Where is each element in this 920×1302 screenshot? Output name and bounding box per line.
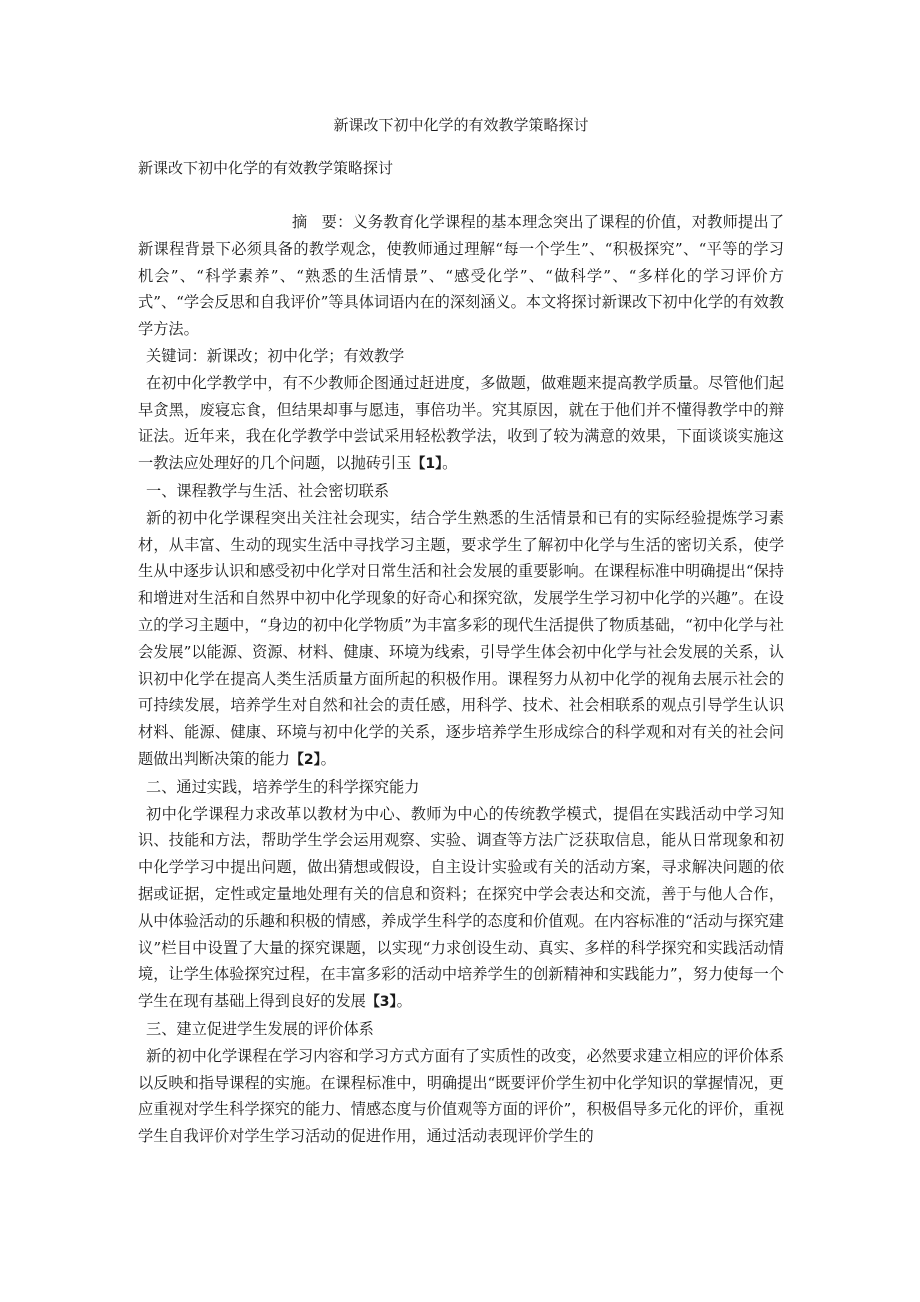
keywords-line: 关键词：新课改；初中化学；有效教学 — [138, 343, 784, 370]
section-text: 初中化学课程力求改革以教材为中心、教师为中心的传统教学模式，提倡在实践活动中学习… — [138, 805, 784, 1011]
intro-text: 在初中化学教学中，有不少教师企图通过赶进度，多做题，做难题来提高教学质量。尽管他… — [138, 374, 784, 472]
section-paragraph: 新的初中化学课程在学习内容和学习方式方面有了实质性的改变，必然要求建立相应的评价… — [138, 1043, 784, 1151]
section-text: 新的初中化学课程突出关注社会现实，结合学生熟悉的生活情景和已有的实际经验提炼学习… — [138, 509, 784, 768]
section-heading: 二、通过实践，培养学生的科学探究能力 — [138, 774, 784, 801]
abstract-label-2: 要： — [321, 213, 352, 231]
section-paragraph: 初中化学课程力求改革以教材为中心、教师为中心的传统教学模式，提倡在实践活动中学习… — [138, 801, 784, 1016]
document-title: 新课改下初中化学的有效教学策略探讨 — [138, 112, 784, 138]
section-end: 。 — [397, 992, 412, 1010]
section-end: 。 — [321, 750, 336, 768]
section-heading: 一、课程教学与生活、社会密切联系 — [138, 478, 784, 505]
abstract-label-1: 摘 — [292, 213, 307, 231]
citation-ref: 【3】 — [366, 994, 397, 1010]
section-text: 新的初中化学课程在学习内容和学习方式方面有了实质性的改变，必然要求建立相应的评价… — [138, 1047, 784, 1145]
abstract-paragraph: 摘要：义务教育化学课程的基本理念突出了课程的价值，对教师提出了新课程背景下必须具… — [138, 209, 784, 343]
document-page: 新课改下初中化学的有效教学策略探讨 新课改下初中化学的有效教学策略探讨 摘要：义… — [138, 112, 784, 1151]
abstract-text: 义务教育化学课程的基本理念突出了课程的价值，对教师提出了新课程背景下必须具备的教… — [138, 213, 784, 338]
intro-paragraph: 在初中化学教学中，有不少教师企图通过赶进度，多做题，做难题来提高教学质量。尽管他… — [138, 370, 784, 478]
document-subtitle: 新课改下初中化学的有效教学策略探讨 — [138, 155, 784, 181]
intro-end: 。 — [442, 454, 457, 472]
citation-ref: 【1】 — [411, 456, 442, 472]
section-paragraph: 新的初中化学课程突出关注社会现实，结合学生熟悉的生活情景和已有的实际经验提炼学习… — [138, 505, 784, 774]
section-heading: 三、建立促进学生发展的评价体系 — [138, 1016, 784, 1043]
citation-ref: 【2】 — [290, 752, 321, 768]
